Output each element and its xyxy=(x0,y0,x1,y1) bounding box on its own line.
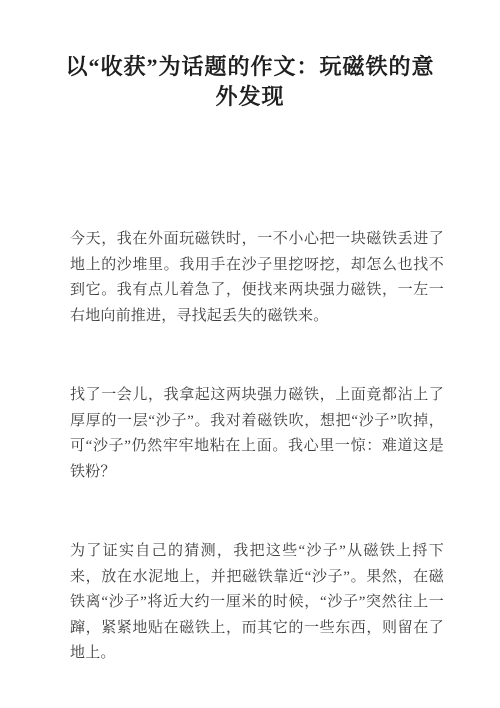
paragraph-3: 为了证实自己的猜测，我把这些“沙子”从磁铁上捋下来，放在水泥地上，并把磁铁靠近“… xyxy=(70,539,444,667)
paragraph-2: 找了一会儿，我拿起这两块强力磁铁，上面竟都沾上了厚厚的一层“沙子”。我对着磁铁吹… xyxy=(70,383,444,485)
document-page: 以“收获”为话题的作文：玩磁铁的意外发现 今天，我在外面玩磁铁时，一不小心把一块… xyxy=(0,0,500,708)
document-title: 以“收获”为话题的作文：玩磁铁的意外发现 xyxy=(0,0,500,112)
paragraph-1: 今天，我在外面玩磁铁时，一不小心把一块磁铁丢进了地上的沙堆里。我用手在沙子里挖呀… xyxy=(70,227,444,329)
document-body: 今天，我在外面玩磁铁时，一不小心把一块磁铁丢进了地上的沙堆里。我用手在沙子里挖呀… xyxy=(0,227,500,667)
